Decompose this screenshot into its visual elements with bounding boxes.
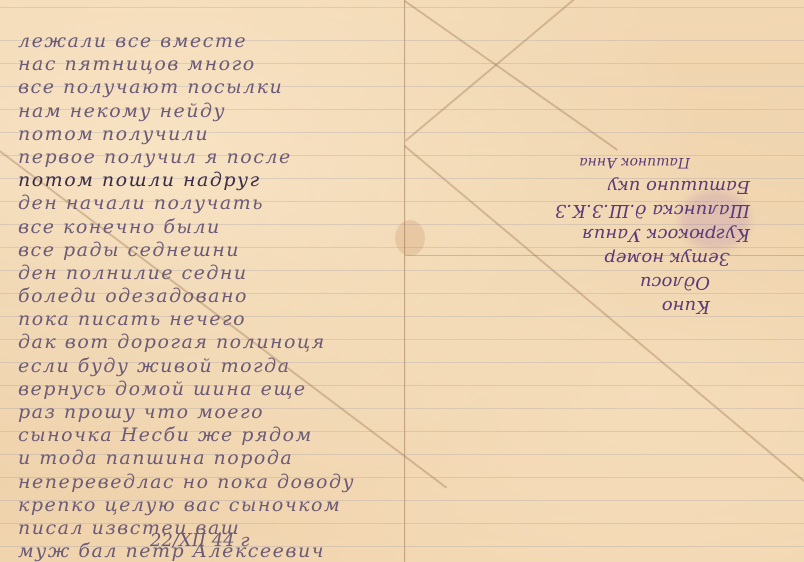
letter-line: боледи одезадовано [18, 285, 418, 308]
letter-line: пока писать нечего [18, 308, 418, 331]
letter-line: дак вот дорогая полиноця [18, 331, 418, 354]
address-line: Пашинок Анна [470, 150, 750, 174]
letter-line: первое получил я после [18, 146, 418, 169]
address-line: Одлоси [470, 270, 750, 294]
letter-line: нам некому нейду [18, 100, 418, 123]
letter-line: ден полнилие седни [18, 262, 418, 285]
letter-line: все рады седнешни [18, 239, 418, 262]
address-line: Зетук номер [470, 246, 750, 270]
letter-line: нас пятницов много [18, 53, 418, 76]
address-line: Батишино ику [470, 174, 750, 198]
letter-line: крепко целую вас сыночком [18, 494, 418, 517]
address-line: Кугрюкоск Уания [470, 222, 750, 246]
letter-line: если буду живой тогда [18, 355, 418, 378]
letter-line: непереведлас но пока доводу [18, 471, 418, 494]
letter-line: раз прошу что моего [18, 401, 418, 424]
date-signature: 22/XII 44 г [150, 530, 249, 551]
letter-line: ден начали получать [18, 192, 418, 215]
letter-paper: лежали все вместе нас пятницов много все… [0, 0, 804, 562]
letter-line: сыночка Несби же рядом [18, 424, 418, 447]
letter-body: лежали все вместе нас пятницов много все… [18, 30, 418, 562]
address-block: Кино Одлоси Зетук номер Кугрюкоск Уания … [470, 150, 750, 318]
letter-line: потом пошли надруг [18, 169, 418, 192]
letter-line: все конечно были [18, 216, 418, 239]
address-line: Кино [470, 294, 750, 318]
letter-line: потом получили [18, 123, 418, 146]
letter-line: лежали все вместе [18, 30, 418, 53]
letter-line: вернусь домой шина еще [18, 378, 418, 401]
address-line: Шалинска д.Ш.3.К.3 [470, 198, 750, 222]
letter-line: и тода папшина порода [18, 447, 418, 470]
letter-line: все получают посылки [18, 76, 418, 99]
